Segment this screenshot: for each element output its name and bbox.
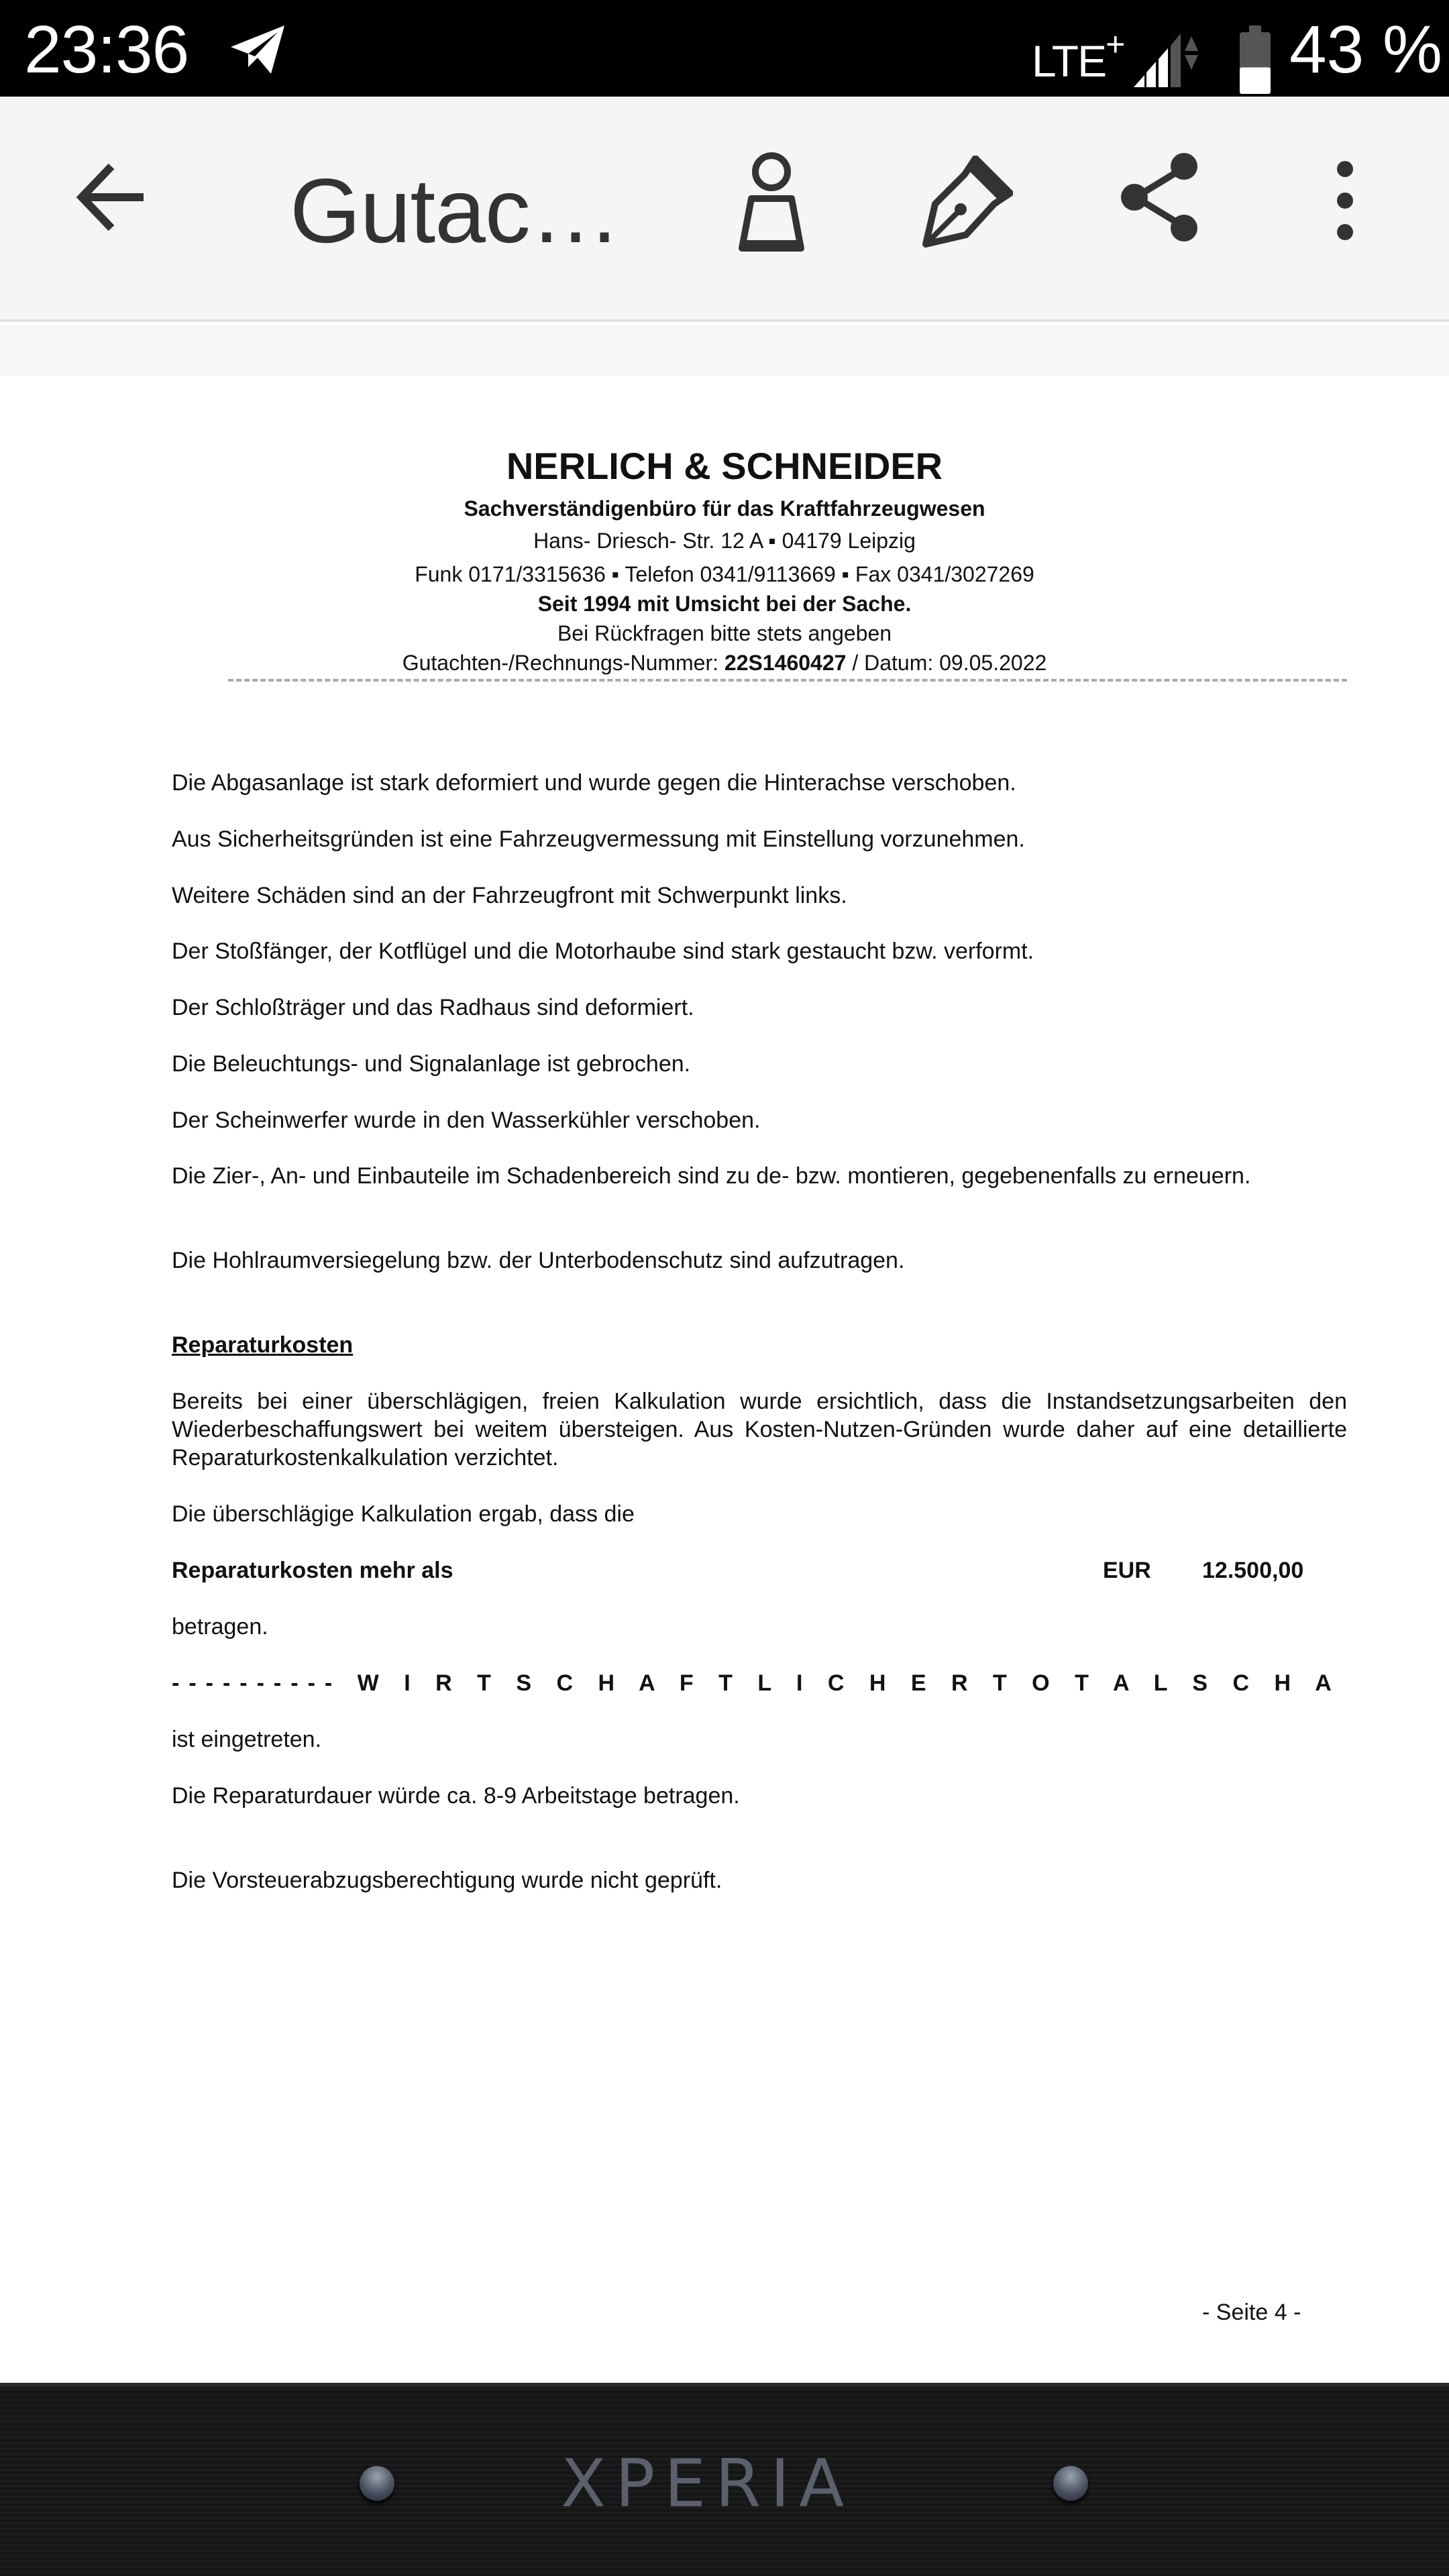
company-contact: Funk 0171/3315636 ▪ Telefon 0341/9113669… (0, 559, 1449, 589)
status-bar: 23:36 LTE+ 43 % (0, 0, 1449, 97)
reference-note: Bei Rückfragen bitte stets angeben (0, 619, 1449, 648)
document-title: Gutac… (290, 160, 621, 261)
battery-icon (1240, 25, 1271, 94)
company-slogan: Seit 1994 mit Umsicht bei der Sache. (0, 589, 1449, 619)
reference-number: 22S1460427 (724, 651, 847, 675)
left-dot-button[interactable] (360, 2466, 394, 2501)
app-bar: Gutac… (0, 97, 1449, 322)
page-number: - Seite 4 - (1202, 2298, 1301, 2326)
arrow-left-icon[interactable] (74, 157, 148, 237)
status-time: 23:36 (24, 9, 189, 90)
cost-label: Reparaturkosten mehr als (172, 1556, 453, 1585)
total-loss-banner: ---------- W I R T S C H A F T L I C H E… (172, 1669, 1347, 1697)
battery-percentage: 43 % (1289, 9, 1442, 90)
signal-icon (1134, 28, 1207, 95)
paragraph: Der Stoßfänger, der Kotflügel und die Mo… (172, 937, 1347, 965)
after-cost-text: betragen. (172, 1613, 1347, 1641)
share-icon[interactable] (1117, 150, 1204, 244)
paragraph: Der Schloßträger und das Radhaus sind de… (172, 994, 1347, 1022)
section-heading-repair-costs: Reparaturkosten (172, 1331, 1347, 1359)
letterhead: NERLICH & SCHNEIDER Sachverständigenbüro… (0, 443, 1449, 678)
repair-lead: Die überschlägige Kalkulation ergab, das… (172, 1500, 1347, 1528)
telegram-icon (228, 23, 288, 76)
network-type: LTE+ (1032, 23, 1124, 88)
more-vert-icon[interactable] (1328, 157, 1362, 244)
company-subtitle: Sachverständigenbüro für das Kraftfahrze… (0, 494, 1449, 523)
document-date: 09.05.2022 (939, 651, 1046, 675)
document-page[interactable]: NERLICH & SCHNEIDER Sachverständigenbüro… (0, 376, 1449, 2383)
repair-intro: Bereits bei einer überschlägigen, freien… (172, 1387, 1347, 1472)
paragraph: Der Scheinwerfer wurde in den Wasserkühl… (172, 1106, 1347, 1134)
paragraph: Die Hohlraumversiegelung bzw. der Unterb… (172, 1246, 1347, 1275)
paragraph: Aus Sicherheitsgründen ist eine Fahrzeug… (172, 825, 1347, 853)
device-navigation-bar: XPERIA (0, 2383, 1449, 2576)
right-dot-button[interactable] (1053, 2466, 1088, 2501)
cost-currency: EUR (1103, 1556, 1151, 1585)
xperia-logo: XPERIA (561, 2447, 853, 2521)
paragraph: Die Zier-, An- und Einbauteile im Schade… (172, 1162, 1347, 1190)
reference-line: Gutachten-/Rechnungs-Nummer: 22S1460427 … (0, 648, 1449, 678)
fountain-pen-icon[interactable] (919, 156, 1013, 250)
person-icon[interactable] (731, 150, 812, 258)
after-banner-text: ist eingetreten. (172, 1725, 1347, 1754)
tax-note: Die Vorsteuerabzugsberechtigung wurde ni… (172, 1866, 1347, 1894)
company-address: Hans- Driesch- Str. 12 A ▪ 04179 Leipzig (0, 526, 1449, 555)
repair-duration: Die Reparaturdauer würde ca. 8-9 Arbeits… (172, 1782, 1347, 1810)
paragraph: Die Abgasanlage ist stark deformiert und… (172, 769, 1347, 797)
company-name: NERLICH & SCHNEIDER (0, 443, 1449, 490)
paragraph: Die Beleuchtungs- und Signalanlage ist g… (172, 1050, 1347, 1078)
paragraph: Weitere Schäden sind an der Fahrzeugfron… (172, 881, 1347, 910)
viewer-background (0, 325, 1449, 376)
letterhead-divider (228, 679, 1347, 682)
cost-value: 12.500,00 (1202, 1556, 1303, 1585)
